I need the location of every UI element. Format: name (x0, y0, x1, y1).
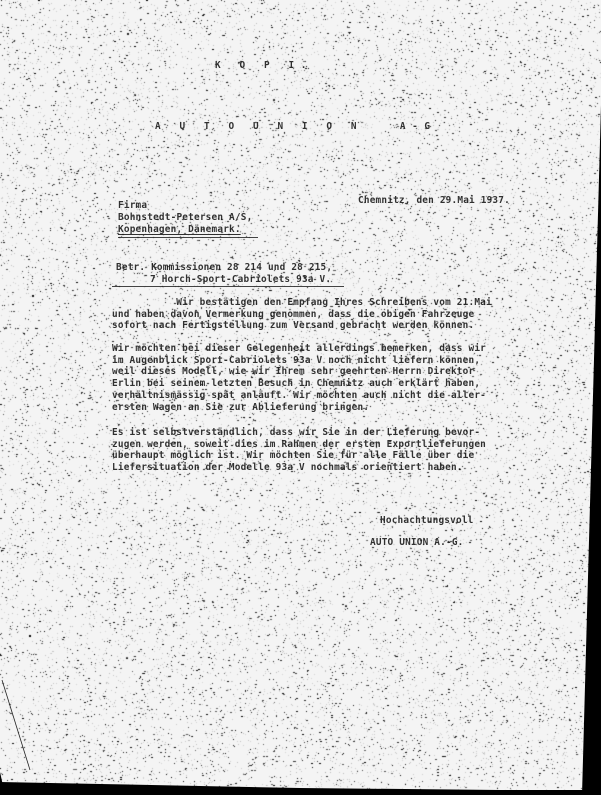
recipient-label: Firma (118, 200, 147, 212)
recipient-name: Bohnstedt-Petersen A/S, (118, 212, 252, 224)
body-line: und haben davon Vermerkung genommen, das… (112, 309, 474, 321)
body-line: weil dieses Modell, wie wir Ihrem sehr g… (112, 366, 474, 378)
recipient-city: Kopenhagen, Dänemark. (118, 224, 241, 236)
signature: AUTO UNION A.-G. (370, 537, 464, 549)
closing: Hochachtungsvoll (380, 515, 474, 527)
body-line: Wir möchten bei dieser Gelegenheit aller… (112, 343, 486, 355)
body-line: Erlin bei seinem letzten Besuch in Chemn… (112, 378, 480, 390)
recipient-underline (118, 237, 258, 238)
copy-mark: K O P I. (215, 60, 313, 72)
sender-letterhead: A U T O U N I O N A-G (155, 121, 437, 133)
body-line: im Augenblick Sport-Cabriolets 93a V noc… (112, 355, 480, 367)
place-date: Chemnitz, den 29.Mai 1937. (358, 195, 510, 207)
subject-line-2: 7 Horch-Sport-Cabriolets 93a V. (150, 274, 331, 286)
subject-underline (112, 286, 344, 287)
body-line: Liefersituation der Modelle 93a V nochma… (112, 462, 463, 474)
body-line: zugen werden, soweit dies im Rahmen der … (112, 439, 486, 451)
letter-page: K O P I. A U T O U N I O N A-G Chemnitz,… (0, 0, 601, 795)
body-line: verhältnismässig spät anläuft. Wir möcht… (112, 390, 486, 402)
body-line: ersten Wagen an Sie zur Ablieferung brin… (112, 402, 369, 414)
body-line: sofort nach Fertigstellung zum Versand g… (112, 320, 474, 332)
body-line: Wir bestätigen den Empfang Ihres Schreib… (112, 297, 492, 309)
subject-line-1: Betr. Kommissionen 28 214 und 28 215, (116, 262, 332, 274)
body-line: überhaupt möglich ist. Wir möchten Sie f… (112, 450, 474, 462)
body-line: Es ist selbstverständlich, dass wir Sie … (112, 427, 480, 439)
